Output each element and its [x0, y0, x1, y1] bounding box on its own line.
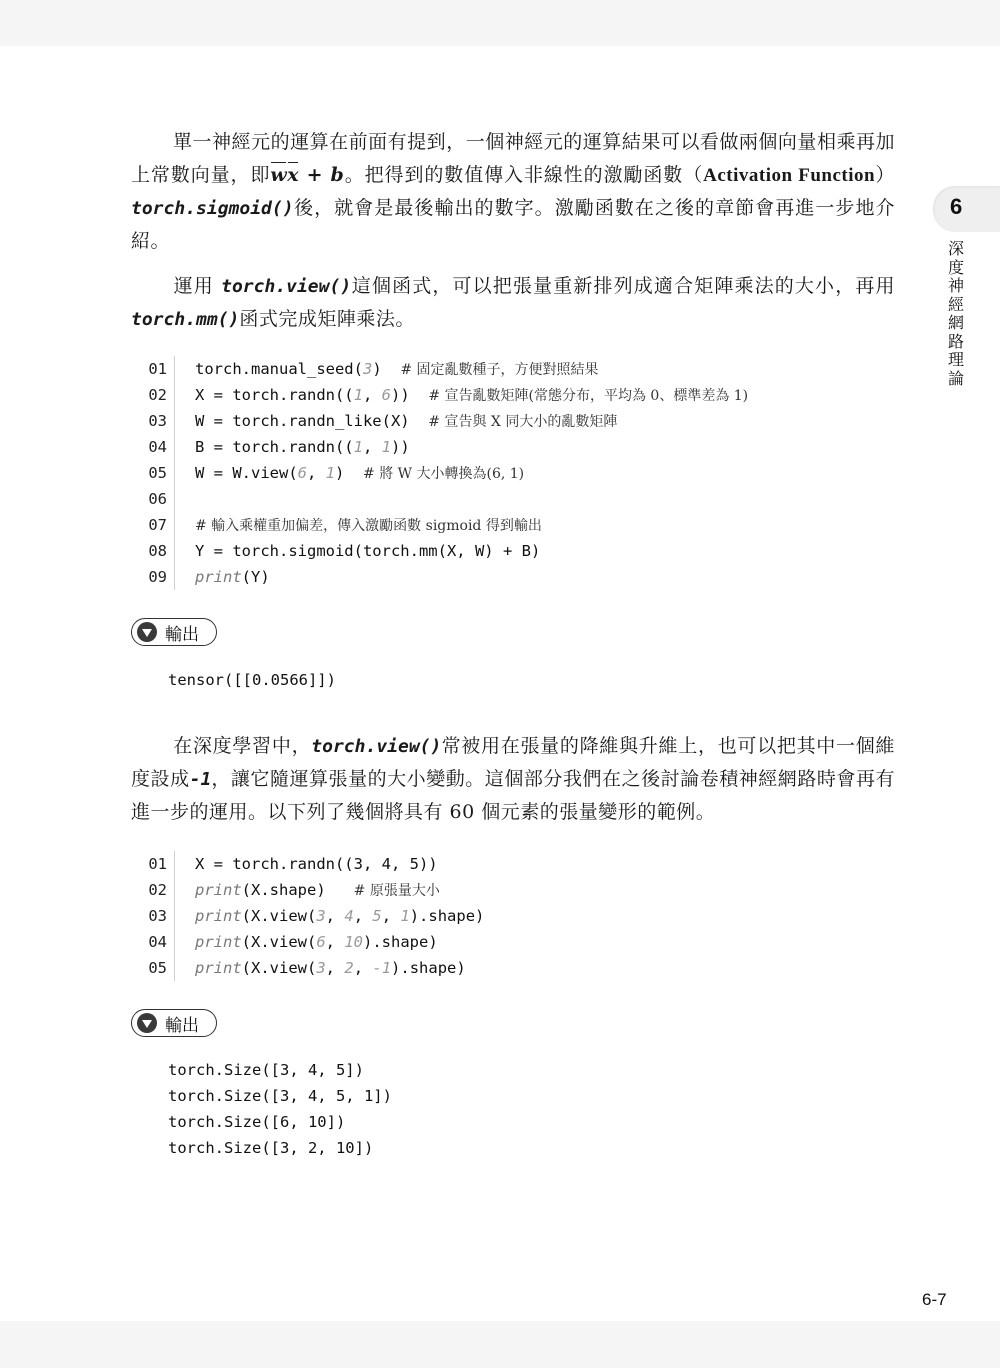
code-token: X = torch.randn((	[195, 386, 354, 404]
code-token: )	[335, 464, 363, 482]
code-token: )	[372, 360, 400, 378]
code-comment: # 原張量大小	[354, 883, 440, 899]
output-badge-2: 輸出	[131, 1009, 217, 1037]
output-label: 輸出	[165, 620, 199, 645]
code-number: 1	[400, 907, 409, 925]
code-token: ).shape)	[410, 907, 485, 925]
output-block-1: tensor([[0.0566]])	[168, 667, 336, 693]
code-number: 3	[363, 360, 372, 378]
triangle-down-icon	[137, 622, 157, 642]
code-token: (Y)	[242, 568, 270, 586]
line-number: 07	[131, 512, 175, 538]
code-builtin: print	[195, 881, 242, 899]
output-line: torch.Size([3, 2, 10])	[168, 1135, 392, 1161]
output-label: 輸出	[165, 1011, 199, 1036]
code-number: 2	[344, 959, 353, 977]
code-token: W = W.view(	[195, 464, 298, 482]
code-builtin: print	[195, 959, 242, 977]
code-text: X = torch.randn((1, 6)) # 宣告亂數矩陣(常態分布，平均…	[175, 382, 748, 408]
output-line: torch.Size([3, 4, 5, 1])	[168, 1083, 392, 1109]
code-line: 02print(X.shape) # 原張量大小	[131, 877, 484, 903]
paragraph-text: 函式完成矩陣乘法。	[239, 308, 415, 330]
math-bias: + b	[299, 164, 344, 186]
paragraph-text: ）	[875, 164, 895, 186]
code-comment: # 宣告亂數矩陣(常態分布，平均為 0、標準差為 1)	[428, 388, 748, 404]
line-number: 01	[131, 851, 175, 877]
output-line: torch.Size([3, 4, 5])	[168, 1057, 392, 1083]
chapter-number: 6	[950, 194, 962, 220]
chapter-title: 深度神經網路理論	[946, 240, 966, 388]
code-builtin: print	[195, 933, 242, 951]
code-line: 03print(X.view(3, 4, 5, 1).shape)	[131, 903, 484, 929]
code-comment: # 宣告與 X 同大小的亂數矩陣	[428, 414, 617, 430]
code-token: torch.manual_seed(	[195, 360, 363, 378]
code-text: print(Y)	[175, 564, 270, 590]
code-token: (X.view(	[242, 907, 317, 925]
code-token: ,	[307, 464, 326, 482]
math-vector-x: x	[287, 159, 299, 192]
code-line: 01X = torch.randn((3, 4, 5))	[131, 851, 484, 877]
code-token: ,	[326, 907, 345, 925]
code-token: ,	[354, 959, 373, 977]
code-text	[175, 486, 195, 512]
code-text: B = torch.randn((1, 1))	[175, 434, 410, 460]
code-text: torch.manual_seed(3) # 固定亂數種子，方便對照結果	[175, 356, 599, 382]
term-activation-function: Activation Function	[703, 165, 875, 186]
code-line: 09print(Y)	[131, 564, 748, 590]
code-number: 1	[354, 438, 363, 456]
paragraph-2: 運用 torch.view()這個函式，可以把張量重新排列成適合矩陣乘法的大小，…	[131, 270, 895, 336]
code-text: # 輸入乘權重加偏差，傳入激勵函數 sigmoid 得到輸出	[175, 512, 542, 538]
code-token: B = torch.randn((	[195, 438, 354, 456]
code-line: 05W = W.view(6, 1) # 將 W 大小轉換為(6, 1)	[131, 460, 748, 486]
code-text: X = torch.randn((3, 4, 5))	[175, 851, 438, 877]
line-number: 01	[131, 356, 175, 382]
line-number: 03	[131, 408, 175, 434]
code-token: ,	[382, 907, 401, 925]
code-line: 04B = torch.randn((1, 1))	[131, 434, 748, 460]
code-comment: # 固定亂數種子，方便對照結果	[400, 362, 598, 378]
code-token: ))	[391, 386, 428, 404]
code-line: 08Y = torch.sigmoid(torch.mm(X, W) + B)	[131, 538, 748, 564]
line-number: 08	[131, 538, 175, 564]
inline-code: torch.view()	[311, 736, 441, 757]
inline-code: -1	[190, 769, 212, 790]
output-line: torch.Size([6, 10])	[168, 1109, 392, 1135]
code-token: W = torch.randn_like(X)	[195, 412, 428, 430]
code-comment: # 將 W 大小轉換為(6, 1)	[363, 466, 524, 482]
code-token: ,	[326, 959, 345, 977]
page-number: 6-7	[922, 1290, 947, 1310]
paragraph-text: ，讓它隨運算張量的大小變動。這個部分我們在之後討論卷積神經網路時會再有進一步的運…	[131, 768, 895, 823]
code-line: 04print(X.view(6, 10).shape)	[131, 929, 484, 955]
code-number: 3	[316, 907, 325, 925]
paragraph-3: 在深度學習中，torch.view()常被用在張量的降維與升維上，也可以把其中一…	[131, 730, 895, 829]
code-number: 1	[354, 386, 363, 404]
top-margin-band	[0, 0, 1000, 46]
paragraph-text: 。把得到的數值傳入非線性的激勵函數（	[344, 164, 703, 186]
output-block-2: torch.Size([3, 4, 5])torch.Size([3, 4, 5…	[168, 1057, 392, 1161]
chapter-tab	[933, 186, 1000, 232]
code-number: 6	[382, 386, 391, 404]
line-number: 05	[131, 460, 175, 486]
code-number: 3	[316, 959, 325, 977]
code-number: 10	[344, 933, 363, 951]
code-builtin: print	[195, 907, 242, 925]
code-comment: # 輸入乘權重加偏差，傳入激勵函數 sigmoid 得到輸出	[195, 518, 542, 534]
paragraph-text: 在深度學習中，	[173, 735, 311, 757]
line-number: 05	[131, 955, 175, 981]
output-line: tensor([[0.0566]])	[168, 667, 336, 693]
code-token: ,	[363, 438, 382, 456]
code-line: 03W = torch.randn_like(X) # 宣告與 X 同大小的亂數…	[131, 408, 748, 434]
code-token: ).shape)	[363, 933, 438, 951]
code-number: 1	[326, 464, 335, 482]
code-token: ,	[326, 933, 345, 951]
code-block-2: 01X = torch.randn((3, 4, 5))02print(X.sh…	[131, 851, 484, 981]
code-text: W = torch.randn_like(X) # 宣告與 X 同大小的亂數矩陣	[175, 408, 617, 434]
code-token: ).shape)	[391, 959, 466, 977]
line-number: 04	[131, 434, 175, 460]
code-token: Y = torch.sigmoid(torch.mm(X, W) + B)	[195, 542, 540, 560]
inline-code: torch.view()	[221, 276, 351, 297]
inline-code: torch.sigmoid()	[131, 198, 294, 219]
code-text: print(X.view(3, 2, -1).shape)	[175, 955, 466, 981]
output-badge-1: 輸出	[131, 618, 217, 646]
code-line: 05print(X.view(3, 2, -1).shape)	[131, 955, 484, 981]
code-number: 6	[316, 933, 325, 951]
code-line: 07# 輸入乘權重加偏差，傳入激勵函數 sigmoid 得到輸出	[131, 512, 748, 538]
code-line: 02X = torch.randn((1, 6)) # 宣告亂數矩陣(常態分布，…	[131, 382, 748, 408]
code-token: (X.shape)	[242, 881, 354, 899]
code-builtin: print	[195, 568, 242, 586]
code-text: print(X.view(6, 10).shape)	[175, 929, 438, 955]
code-token: ,	[363, 386, 382, 404]
code-text: print(X.view(3, 4, 5, 1).shape)	[175, 903, 484, 929]
math-expression: wx + b	[270, 164, 344, 186]
code-line: 01torch.manual_seed(3) # 固定亂數種子，方便對照結果	[131, 356, 748, 382]
code-token: (X.view(	[242, 933, 317, 951]
code-token: X = torch.randn((3, 4, 5))	[195, 855, 438, 873]
code-number: -1	[372, 959, 391, 977]
code-number: 6	[298, 464, 307, 482]
paragraph-1: 單一神經元的運算在前面有提到，一個神經元的運算結果可以看做兩個向量相乘再加上常數…	[131, 126, 895, 258]
code-text: print(X.shape) # 原張量大小	[175, 877, 440, 903]
line-number: 02	[131, 877, 175, 903]
code-line: 06	[131, 486, 748, 512]
line-number: 02	[131, 382, 175, 408]
bottom-margin-band	[0, 1321, 1000, 1368]
code-block-1: 01torch.manual_seed(3) # 固定亂數種子，方便對照結果02…	[131, 356, 748, 590]
code-token: ,	[354, 907, 373, 925]
line-number: 03	[131, 903, 175, 929]
paragraph-text: 這個函式，可以把張量重新排列成適合矩陣乘法的大小，再用	[351, 275, 895, 297]
math-vector-w: w	[270, 159, 287, 192]
code-number: 1	[382, 438, 391, 456]
line-number: 06	[131, 486, 175, 512]
inline-code: torch.mm()	[131, 309, 239, 330]
triangle-down-icon	[137, 1013, 157, 1033]
code-text: W = W.view(6, 1) # 將 W 大小轉換為(6, 1)	[175, 460, 524, 486]
code-number: 4	[344, 907, 353, 925]
code-token: (X.view(	[242, 959, 317, 977]
line-number: 04	[131, 929, 175, 955]
code-text: Y = torch.sigmoid(torch.mm(X, W) + B)	[175, 538, 540, 564]
code-token: ))	[391, 438, 410, 456]
paragraph-text: 運用	[173, 275, 221, 297]
code-number: 5	[372, 907, 381, 925]
line-number: 09	[131, 564, 175, 590]
